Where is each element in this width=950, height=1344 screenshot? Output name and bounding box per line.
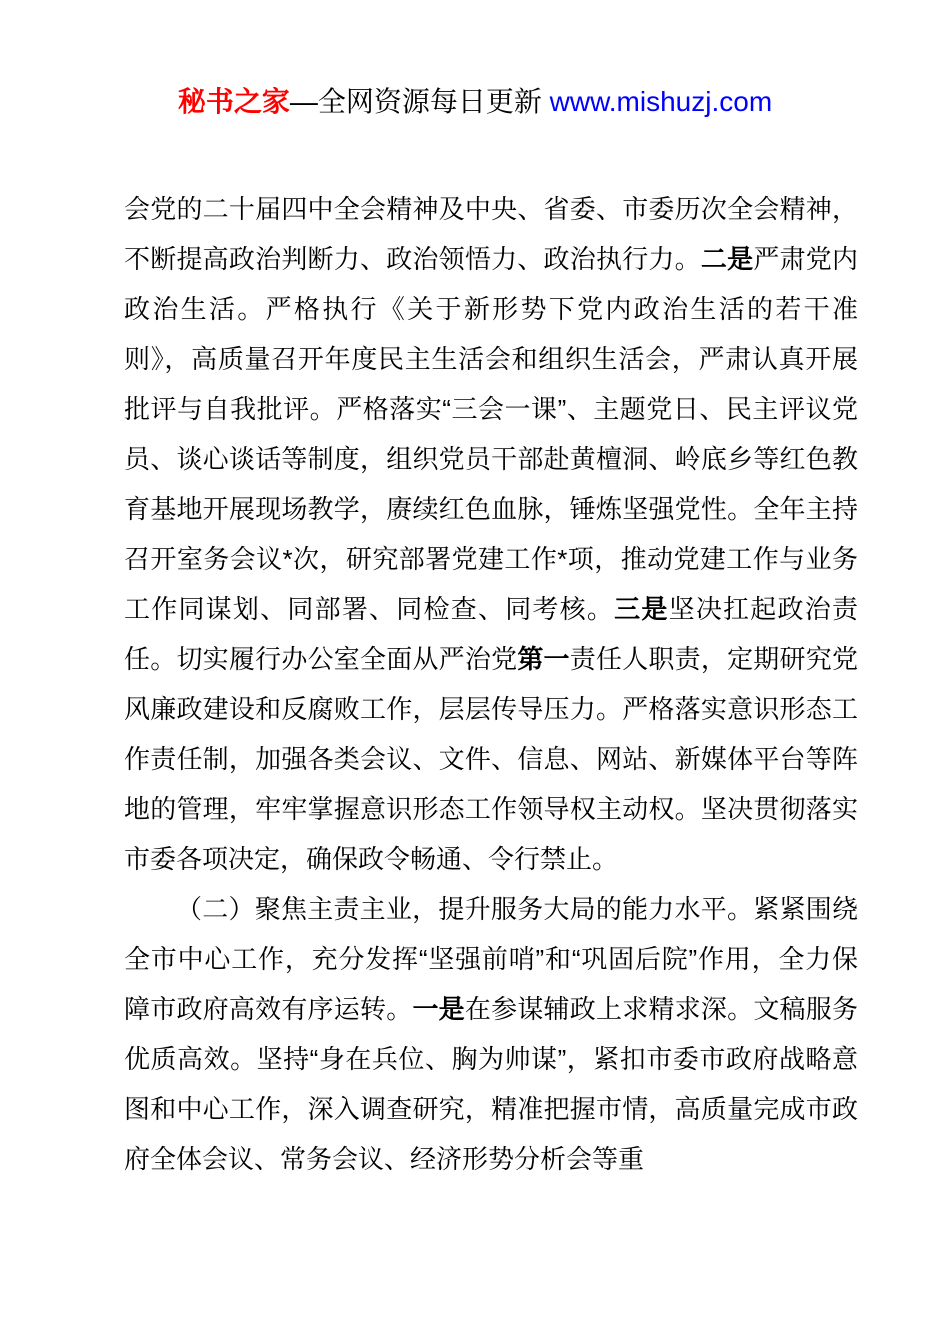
text-run: 一是	[412, 994, 464, 1024]
site-tagline: —全网资源每日更新	[290, 86, 550, 117]
document-body: 会党的二十届四中全会精神及中央、省委、市委历次全会精神，不断提高政治判断力、政治…	[124, 184, 858, 1184]
document-page: 秘书之家—全网资源每日更新 www.mishuzj.com 会党的二十届四中全会…	[0, 0, 950, 1344]
text-run: 三是	[614, 594, 668, 624]
paragraph: （二）聚焦主责主业，提升服务大局的能力水平。紧紧围绕全市中心工作，充分发挥“坚强…	[124, 884, 858, 1184]
paragraph: 会党的二十届四中全会精神及中央、省委、市委历次全会精神，不断提高政治判断力、政治…	[124, 184, 858, 884]
site-header: 秘书之家—全网资源每日更新 www.mishuzj.com	[0, 0, 950, 120]
site-brand: 秘书之家	[178, 86, 290, 117]
text-run: 二是	[701, 244, 753, 274]
text-run: 严肃党内政治生活。严格执行《关于新形势下党内政治生活的若干准则》，高质量召开年度…	[124, 244, 858, 624]
site-url-link[interactable]: www.mishuzj.com	[550, 86, 772, 117]
text-run: 责任人职责，定期研究党风廉政建设和反腐败工作，层层传导压力。严格落实意识形态工作…	[124, 644, 858, 874]
text-run: 第一	[517, 644, 569, 674]
